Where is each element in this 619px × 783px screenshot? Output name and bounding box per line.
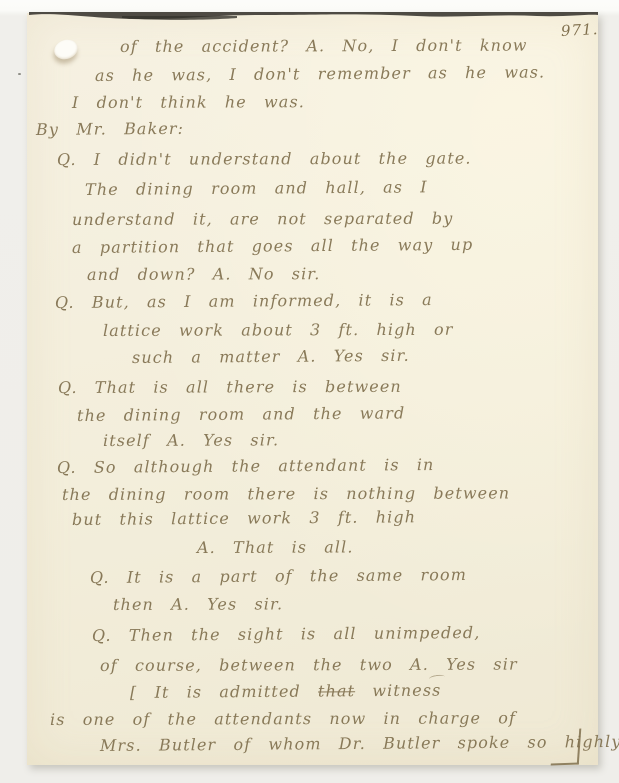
handwritten-line-26: Mrs. Butler of whom Dr. Butler spoke so …	[100, 732, 619, 755]
paper-hole	[52, 37, 81, 62]
dust-speck	[18, 73, 21, 75]
handwritten-line-19: A. That is all.	[197, 537, 354, 557]
handwritten-line-9: and down? A. No sir.	[87, 264, 321, 284]
handwritten-line-11: lattice work about 3 ft. high or	[103, 320, 454, 340]
page-number: 971.	[561, 20, 599, 40]
handwritten-line-23: of course, between the two A. Yes sir	[100, 655, 518, 675]
bracket-flourish	[551, 729, 582, 766]
insertion-mark	[429, 674, 446, 682]
handwritten-line-2: as he was, I don't remember as he was.	[95, 62, 545, 85]
handwritten-line-21: then A. Yes sir.	[113, 594, 283, 614]
handwritten-line-8: a partition that goes all the way up	[72, 235, 473, 257]
handwritten-line-18: but this lattice work 3 ft. high	[72, 507, 416, 529]
handwritten-line-20: Q. It is a part of the same room	[90, 565, 467, 587]
manuscript-page: 971. of the accident? A. No, I don't kno…	[27, 13, 598, 765]
handwritten-line-14: the dining room and the ward	[77, 403, 405, 425]
handwritten-line-25: is one of the attendants now in charge o…	[50, 708, 516, 729]
handwritten-line-1: of the accident? A. No, I don't know	[120, 36, 528, 56]
handwritten-line-12: such a matter A. Yes sir.	[132, 346, 410, 367]
struck-word: that	[318, 681, 355, 700]
scan-background: 971. of the accident? A. No, I don't kno…	[0, 0, 619, 783]
handwritten-line-3: I don't think he was.	[72, 92, 305, 112]
handwritten-line-10: Q. But, as I am informed, it is a	[55, 290, 433, 312]
admitted-prefix: [ It is admitted	[130, 682, 318, 702]
handwritten-line-22: Q. Then the sight is all unimpeded,	[92, 623, 481, 645]
handwritten-line-17: the dining room there is nothing between	[62, 483, 510, 504]
handwritten-line-15: itself A. Yes sir.	[103, 430, 279, 450]
handwritten-line-16: Q. So although the attendant is in	[57, 455, 435, 477]
handwritten-line-7: understand it, are not separated by	[72, 209, 453, 229]
handwritten-line-24: [ It is admitted that witness	[130, 681, 442, 702]
handwritten-line-4: By Mr. Baker:	[36, 119, 184, 139]
handwritten-line-5: Q. I didn't understand about the gate.	[57, 149, 472, 169]
handwritten-line-13: Q. That is all there is between	[58, 377, 402, 397]
page-top-edge	[27, 12, 598, 21]
handwritten-line-6: The dining room and hall, as I	[85, 177, 428, 199]
admitted-suffix: witness	[355, 681, 441, 701]
